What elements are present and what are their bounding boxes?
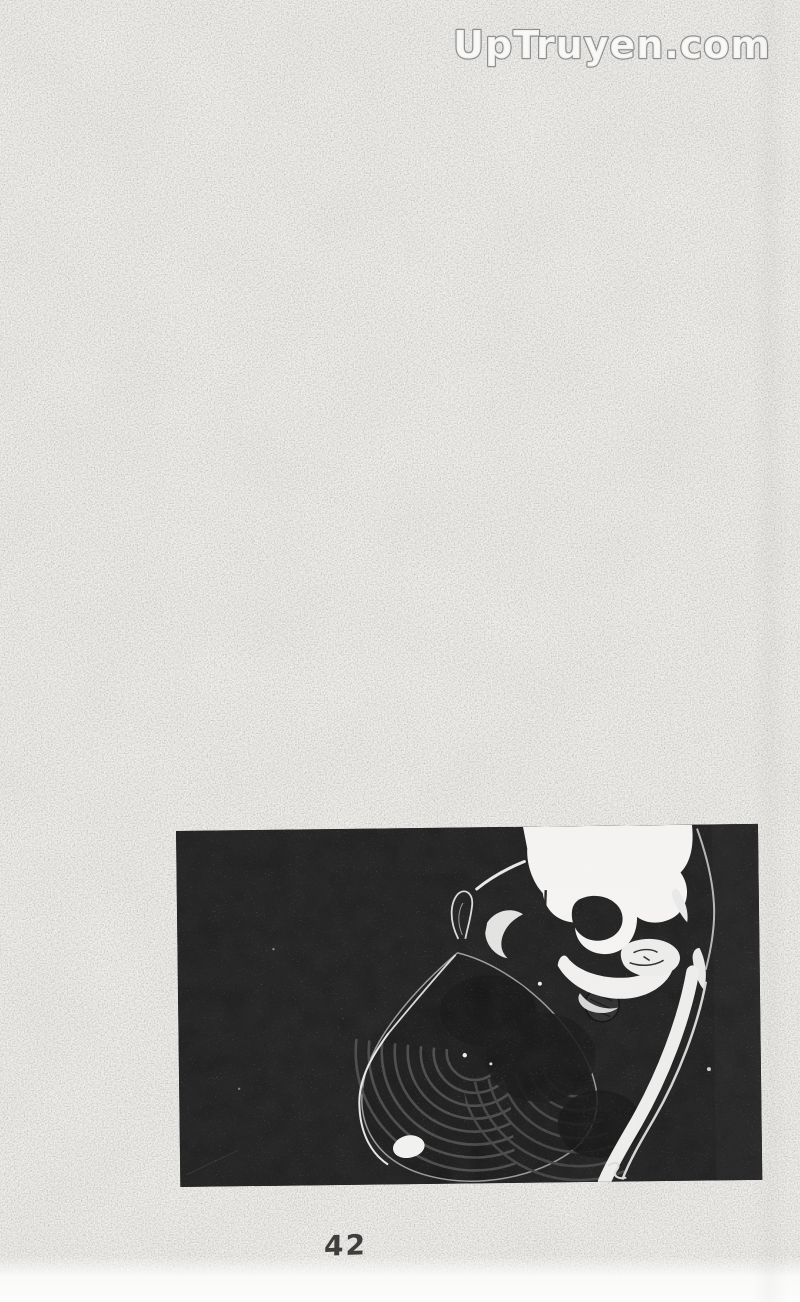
page-number: 42 xyxy=(324,1228,368,1263)
manga-panel xyxy=(176,824,762,1187)
scanned-manga-page: UpTruyen.com xyxy=(0,0,800,1302)
uptruyen-watermark-logo: UpTruyen.com xyxy=(455,10,775,76)
scan-bottom-edge xyxy=(0,1256,800,1302)
manga-panel-art xyxy=(176,824,762,1187)
watermark-text: UpTruyen.com xyxy=(455,23,771,67)
